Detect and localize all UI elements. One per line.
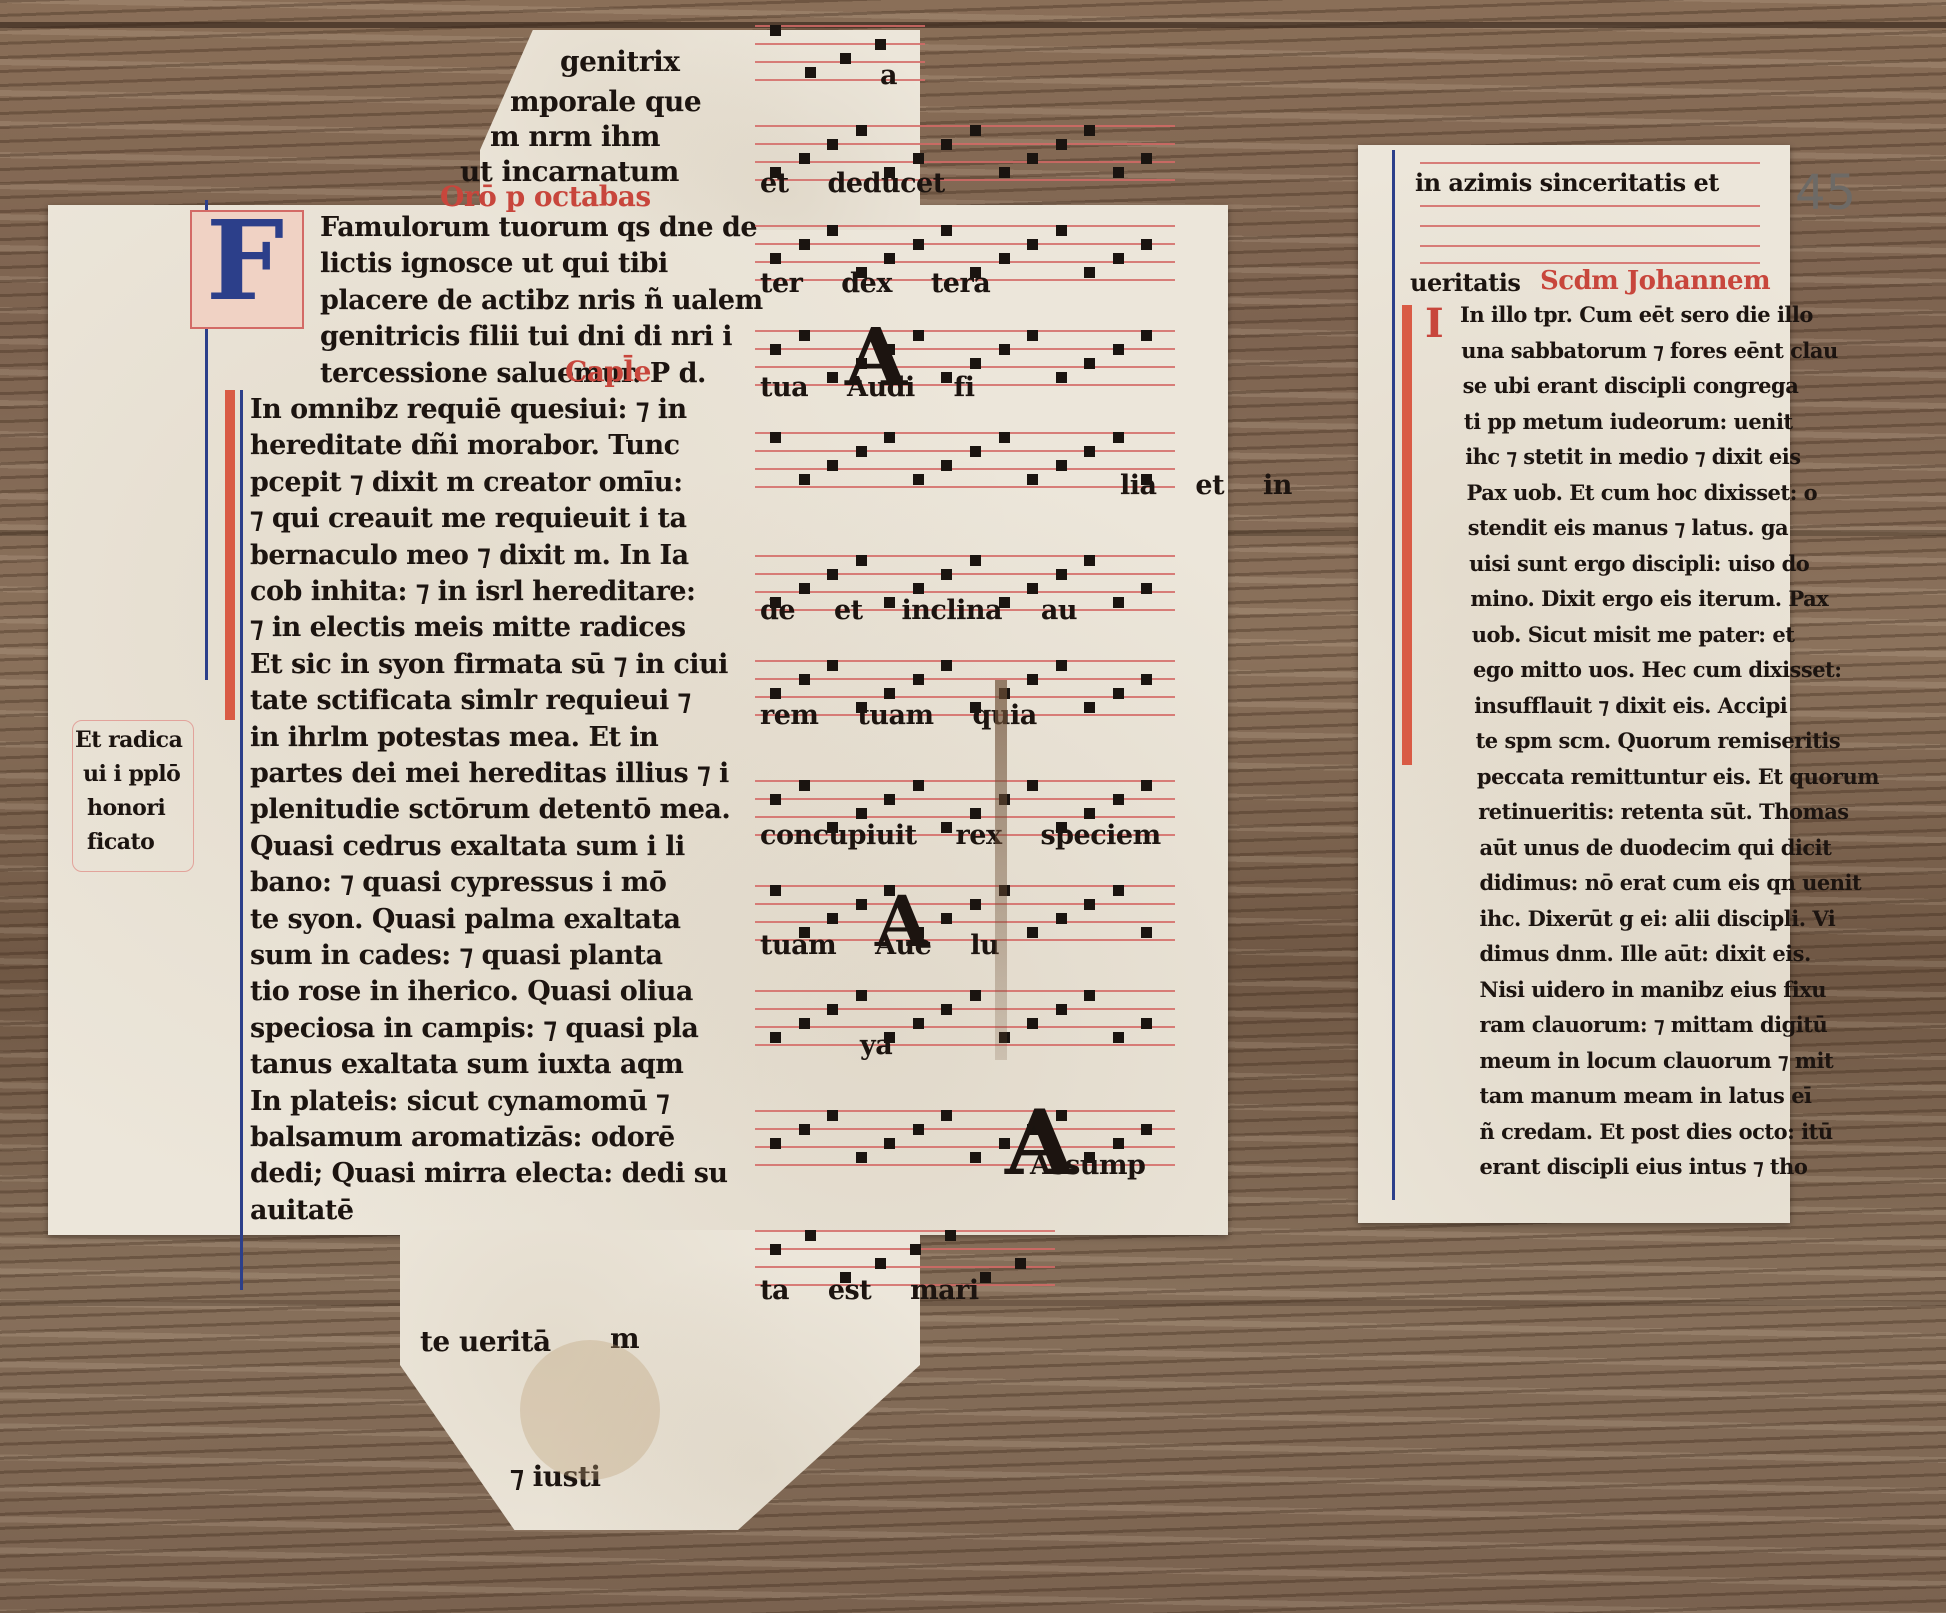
neume-note [1113, 253, 1124, 264]
stain [520, 1340, 660, 1480]
illuminated-initial-i: I [1425, 300, 1444, 347]
text-line: ueritatis [1410, 268, 1520, 297]
staff-line [755, 330, 1175, 332]
text-line: aūt unus de duodecim qui dicit [1480, 835, 1832, 860]
neume-note [999, 167, 1010, 178]
text-line: bano: ⁊ quasi cypressus i mō [250, 867, 666, 898]
neume-note [941, 913, 952, 924]
neume-note [799, 1124, 810, 1135]
rubric-capitulum: Capl̄e [565, 355, 651, 388]
neume-note [1056, 1004, 1067, 1015]
neume-note [913, 330, 924, 341]
text-line: peccata remittuntur eis. Et quorum [1477, 764, 1879, 789]
neume-note [827, 660, 838, 671]
text-line: genitricis filii tui dni di nri i [320, 321, 732, 352]
lyric-line: de et inclina au [760, 595, 1077, 626]
lyric-line: ter dex tera [760, 268, 990, 299]
text-line: ram clauorum: ⁊ mittam digitū [1480, 1012, 1828, 1037]
neume-note [1027, 1018, 1038, 1029]
neume-note [799, 780, 810, 791]
neume-note [827, 139, 838, 150]
lyric-line: ta est mari [760, 1275, 979, 1306]
text-line: retinueritis: retenta sūt. Thomas [1478, 799, 1848, 824]
neume-note [1027, 927, 1038, 938]
neume-note [856, 990, 867, 1001]
text-line: hereditate dñi morabor. Tunc [250, 430, 680, 461]
neume-note [999, 432, 1010, 443]
neume-note [1015, 1258, 1026, 1269]
staff-line [755, 1008, 1175, 1010]
neume-note [1084, 267, 1095, 278]
neume-note [1141, 153, 1152, 164]
text-line: erant discipli eius intus ⁊ tho [1480, 1154, 1808, 1179]
text-line: speciosa in campis: ⁊ quasi pla [250, 1013, 698, 1044]
neume-note [1141, 1018, 1152, 1029]
staff-line [755, 555, 1175, 557]
neume-note [799, 239, 810, 250]
neume-note [1113, 794, 1124, 805]
staff-line [755, 591, 1175, 593]
neume-note [1141, 239, 1152, 250]
text-line: te spm scm. Quorum remiseritis [1476, 728, 1841, 753]
staff-line [755, 1230, 1055, 1232]
text-line: meum in locum clauorum ⁊ mit [1480, 1048, 1834, 1073]
text-line: tanus exaltata sum iuxta aqm [250, 1049, 683, 1080]
decorative-border-blue [1392, 150, 1395, 1200]
neume-note [799, 330, 810, 341]
lyric-line: ya [860, 1030, 892, 1061]
staff-line [755, 573, 1175, 575]
text-line: tam manum meam in latus eī [1480, 1083, 1812, 1108]
neume-note [1141, 674, 1152, 685]
neume-note [1084, 899, 1095, 910]
neume-note [1027, 583, 1038, 594]
text-line: In omnibz requiē quesiui: ⁊ in [250, 394, 687, 425]
staff-line [755, 1044, 1175, 1046]
neume-note [1113, 885, 1124, 896]
staff-line [755, 1026, 1175, 1028]
staff-line [755, 660, 1175, 662]
neume-note [827, 225, 838, 236]
neume-note [970, 446, 981, 457]
neume-note [770, 253, 781, 264]
neume-note [1084, 125, 1095, 136]
text-line: te ueritā [420, 1325, 551, 1358]
text-line: placere de actibz nris ñ ualem [320, 285, 763, 316]
text-line: ihc. Dixerūt g ei: alii discipli. Vi [1480, 906, 1836, 931]
text-line: ⁊ qui creauit me requieuit i ta [250, 503, 686, 534]
neume-note [1056, 139, 1067, 150]
lyric-line: et deducet [760, 168, 945, 199]
text-line: uisi sunt ergo discipli: uiso do [1469, 551, 1809, 576]
neume-note [856, 808, 867, 819]
staff-line [755, 468, 1175, 470]
text-line: in azimis sinceritatis et [1415, 168, 1719, 197]
neume-note [941, 660, 952, 671]
neume-note [1056, 225, 1067, 236]
text-line: uob. Sicut misit me pater: et [1472, 622, 1795, 647]
illuminated-initial-f: F [190, 210, 304, 329]
text-line: una sabbatorum ⁊ fores eēnt clau [1461, 338, 1837, 363]
lyric-line: a [880, 60, 897, 91]
neume-note [884, 253, 895, 264]
wood-plank-gap [0, 22, 1946, 28]
neume-note [827, 1004, 838, 1015]
text-line: Et sic in syon firmata sū ⁊ in ciui [250, 649, 728, 680]
neume-note [799, 674, 810, 685]
neume-note [770, 885, 781, 896]
neume-note [856, 555, 867, 566]
neume-note [799, 1018, 810, 1029]
neume-note [1113, 344, 1124, 355]
staff-line [755, 486, 1175, 488]
neume-note [913, 1018, 924, 1029]
neume-note [913, 780, 924, 791]
neume-note [770, 688, 781, 699]
text-line: Nisi uidero in manibz eius fixu [1480, 977, 1827, 1002]
text-line: didimus: nō erat cum eis qn uenit [1480, 870, 1862, 895]
pencil-folio-number: 45 [1795, 165, 1856, 221]
staff-line [755, 678, 1175, 680]
neume-note [1113, 688, 1124, 699]
staff-line [755, 366, 1175, 368]
text-line: auitatē [250, 1195, 354, 1226]
text-line: tio rose in iherico. Quasi oliua [250, 976, 693, 1007]
neume-note [884, 1138, 895, 1149]
text-line: partes dei mei hereditas illius ⁊ i [250, 758, 729, 789]
neume-note [1084, 990, 1095, 1001]
staff-line [1420, 205, 1760, 207]
neume-note [941, 139, 952, 150]
neume-note [799, 153, 810, 164]
text-line: plenitudie sctōrum detentō mea. [250, 794, 730, 825]
neume-note [856, 446, 867, 457]
staff-line [755, 1128, 1175, 1130]
neume-note [941, 460, 952, 471]
decorative-border-red [1402, 305, 1412, 765]
neume-note [1141, 780, 1152, 791]
neume-note [827, 1110, 838, 1121]
text-line: In plateis: sicut cynamomū ⁊ [250, 1086, 669, 1117]
text-line: se ubi erant discipli congrega [1463, 373, 1799, 398]
neume-note [913, 153, 924, 164]
staff-line [755, 243, 1175, 245]
neume-note [884, 688, 895, 699]
text-line: mino. Dixit ergo eis iterum. Pax [1470, 586, 1828, 611]
neume-note [770, 1138, 781, 1149]
neume-note [1027, 674, 1038, 685]
neume-note [770, 432, 781, 443]
neume-note [799, 583, 810, 594]
neume-note [1056, 569, 1067, 580]
text-line: sum in cades: ⁊ quasi planta [250, 940, 663, 971]
text-line: ⁊ in electis meis mitte radices [250, 612, 686, 643]
staff-line [755, 125, 1175, 127]
neume-note [999, 253, 1010, 264]
neume-note [1084, 358, 1095, 369]
text-line: insufflauit ⁊ dixit eis. Accipi [1474, 693, 1787, 718]
neume-note [941, 1110, 952, 1121]
staff-line [755, 79, 925, 81]
neume-note [1113, 167, 1124, 178]
neume-note [856, 125, 867, 136]
neume-note [945, 1230, 956, 1241]
neume-note [770, 1244, 781, 1255]
neume-note [884, 432, 895, 443]
text-line: Quasi cedrus exaltata sum i li [250, 831, 685, 862]
staff-line [755, 1266, 1055, 1268]
neume-note [856, 899, 867, 910]
neume-note [1084, 446, 1095, 457]
chant-initial-a: A [1005, 1090, 1075, 1196]
lyric-line: concupiuit rex speciem [760, 820, 1161, 851]
staff-line [755, 161, 1175, 163]
text-line: ñ credam. Et post dies octo: itū [1480, 1119, 1833, 1144]
text-line: balsamum aromatizās: odorē [250, 1122, 675, 1153]
text-line: ihc ⁊ stetit in medio ⁊ dixit eis [1465, 444, 1800, 469]
neume-note [770, 1032, 781, 1043]
neume-note [884, 794, 895, 805]
neume-note [1027, 239, 1038, 250]
neume-note [913, 674, 924, 685]
neume-note [805, 67, 816, 78]
text-line: lictis ignosce ut qui tibi [320, 248, 668, 279]
neume-note [970, 899, 981, 910]
neume-note [1113, 1032, 1124, 1043]
neume-note [770, 25, 781, 36]
staff-line [755, 1248, 1055, 1250]
neume-note [980, 1272, 991, 1283]
text-line: m nrm ihm [490, 120, 660, 153]
neume-note [827, 569, 838, 580]
neume-note [770, 344, 781, 355]
stain-streak [995, 680, 1007, 1060]
neume-note [827, 460, 838, 471]
neume-note [941, 569, 952, 580]
decorative-border-red [225, 390, 235, 720]
neume-note [970, 808, 981, 819]
neume-note [1113, 597, 1124, 608]
rubric-text: Orō p octabas [440, 180, 651, 213]
neume-note [840, 53, 851, 64]
neume-note [875, 1258, 886, 1269]
text-line: Famulorum tuorum qs dne de [320, 212, 757, 243]
text-line: ti pp metum iudeorum: uenit [1464, 409, 1793, 434]
staff-line [1420, 225, 1760, 227]
neume-note [1084, 702, 1095, 713]
staff-line [755, 225, 1175, 227]
staff-line [755, 816, 1175, 818]
neume-note [1113, 1138, 1124, 1149]
neume-note [1056, 460, 1067, 471]
neume-note [1084, 555, 1095, 566]
neume-note [910, 1244, 921, 1255]
neume-note [1113, 432, 1124, 443]
text-line: bernaculo meo ⁊ dixit m. In Ia [250, 540, 689, 571]
neume-note [970, 555, 981, 566]
text-line: te syon. Quasi palma exaltata [250, 904, 680, 935]
neume-note [1141, 1124, 1152, 1135]
text-line: tate sctificata simlr requieui ⁊ [250, 685, 691, 716]
neume-note [1141, 330, 1152, 341]
decorative-border-blue [240, 390, 243, 1290]
neume-note [805, 1230, 816, 1241]
staff-line [755, 43, 925, 45]
neume-note [999, 344, 1010, 355]
staff-line [755, 143, 1175, 145]
text-line: genitrix [560, 45, 679, 78]
staff-line [755, 1110, 1175, 1112]
neume-note [1084, 808, 1095, 819]
neume-note [913, 1124, 924, 1135]
text-line: cob inhita: ⁊ in isrl hereditare: [250, 576, 695, 607]
neume-note [770, 794, 781, 805]
text-line: dedi; Quasi mirra electa: dedi su [250, 1158, 728, 1189]
neume-note [913, 583, 924, 594]
neume-note [1027, 330, 1038, 341]
neume-note [1056, 660, 1067, 671]
text-line: ego mitto uos. Hec cum dixisset: [1473, 657, 1842, 682]
staff-line [755, 903, 1175, 905]
neume-note [827, 913, 838, 924]
rubric-text: Scdm Johannem [1540, 266, 1770, 296]
neume-note [799, 474, 810, 485]
text-line: In illo tpr. Cum eēt sero die illo [1460, 302, 1813, 327]
neume-note [1141, 927, 1152, 938]
neume-note [970, 125, 981, 136]
neume-note [970, 990, 981, 1001]
neume-note [1056, 372, 1067, 383]
text-line: dimus dnm. Ille aūt: dixit eis. [1480, 941, 1811, 966]
text-line: pcepit ⁊ dixit m creator omīu: [250, 467, 683, 498]
staff-line [1420, 245, 1760, 247]
staff-line [755, 780, 1175, 782]
lyric-line: lia et in [1120, 470, 1292, 501]
staff-line [1420, 262, 1760, 264]
neume-note [1027, 780, 1038, 791]
text-line: Pax uob. Et cum hoc dixisset: o [1467, 480, 1818, 505]
neume-note [941, 1004, 952, 1015]
text-line: stendit eis manus ⁊ latus. ga [1468, 515, 1788, 540]
staff-line [755, 921, 1175, 923]
chant-initial-a: A [845, 310, 907, 404]
neume-note [1027, 474, 1038, 485]
staff-line [1420, 162, 1760, 164]
staff-line [755, 990, 1175, 992]
neume-note [1027, 153, 1038, 164]
text-line: mporale que [510, 85, 701, 118]
staff-line [755, 450, 1175, 452]
neume-note [970, 358, 981, 369]
neume-note [970, 1152, 981, 1163]
neume-note [941, 225, 952, 236]
margin-note: Et radica ui i pplō honori ficato [72, 720, 194, 872]
text-line: in ihrlm potestas mea. Et in [250, 722, 658, 753]
neume-note [856, 1152, 867, 1163]
neume-note [913, 239, 924, 250]
neume-note [913, 474, 924, 485]
neume-note [1056, 913, 1067, 924]
neume-note [875, 39, 886, 50]
neume-note [1141, 583, 1152, 594]
chant-initial-a: A [875, 880, 929, 963]
